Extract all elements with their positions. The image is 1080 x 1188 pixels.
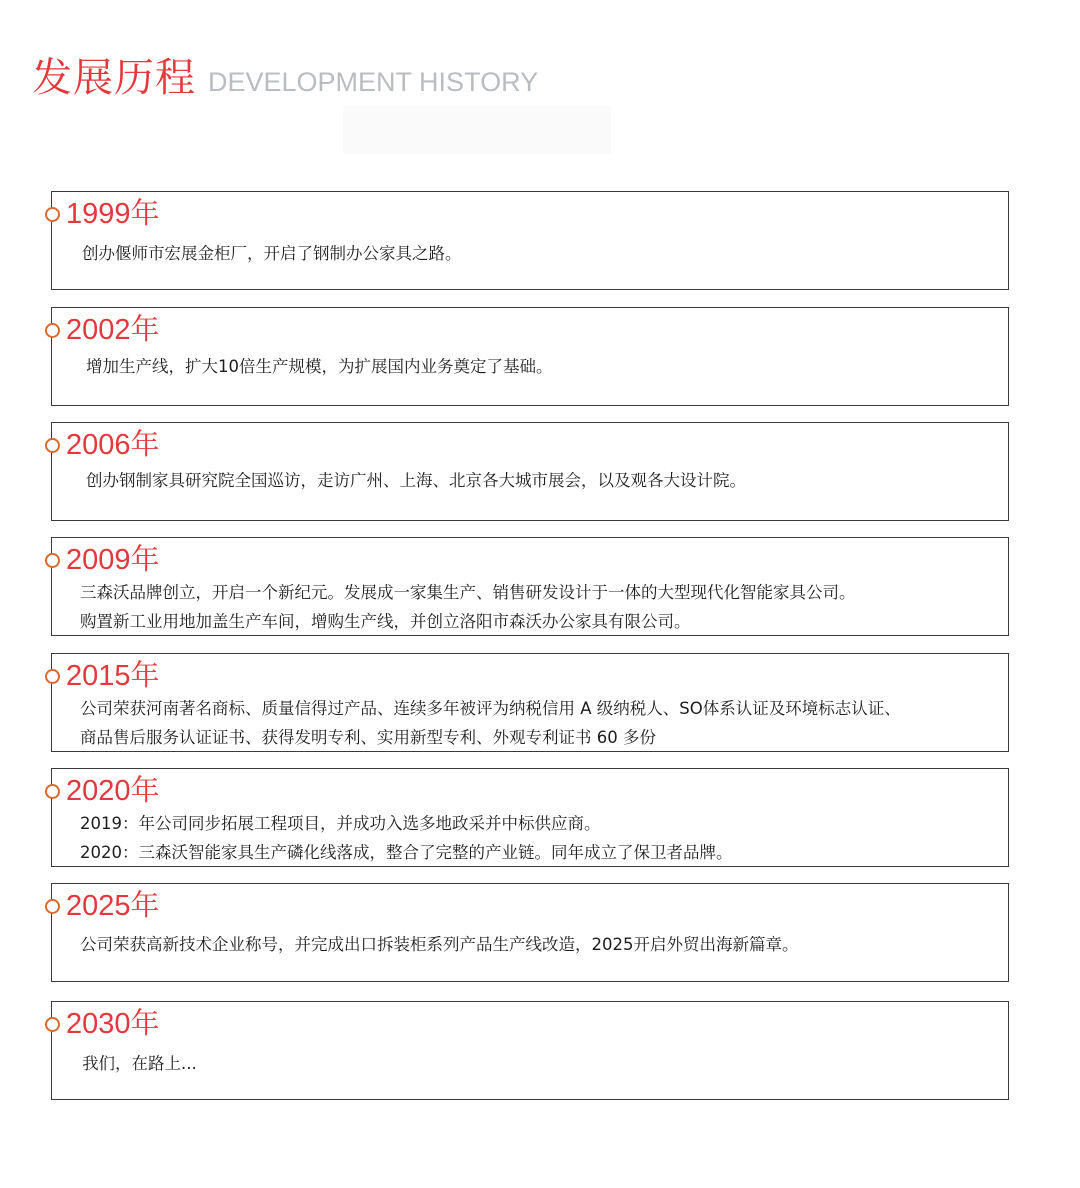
- timeline-line: 增加生产线，扩大10倍生产规模，为扩展国内业务奠定了基础。: [86, 352, 553, 381]
- timeline-year: 2002年: [66, 313, 160, 347]
- timeline-entry-2015: 2015年 公司荣获河南著名商标、质量信得过产品、连续多年被评为纳税信用 A 级…: [51, 653, 1009, 752]
- timeline-line: 创办钢制家具研究院全国巡访，走访广州、上海、北京各大城市展会，以及观各大设计院。: [86, 466, 746, 495]
- timeline-line: 创办偃师市宏展金柜厂，开启了钢制办公家具之路。: [82, 239, 462, 268]
- timeline-line: 购置新工业用地加盖生产车间，增购生产线，并创立洛阳市森沃办公家具有限公司。: [80, 607, 856, 636]
- timeline-year: 2006年: [66, 428, 160, 462]
- timeline-circle-icon: [45, 438, 60, 453]
- timeline-line: 2020：三森沃智能家具生产磷化线落成，整合了完整的产业链。同年成立了保卫者品牌…: [80, 838, 733, 867]
- timeline-year: 2030年: [66, 1007, 160, 1041]
- timeline-year: 2015年: [66, 659, 160, 693]
- timeline-entry-2009: 2009年 三森沃品牌创立，开启一个新纪元。发展成一家集生产、销售研发设计于一体…: [51, 537, 1009, 636]
- timeline-circle-icon: [45, 553, 60, 568]
- timeline-entry-2025: 2025年 公司荣获高新技术企业称号，并完成出口拆装柜系列产品生产线改造，202…: [51, 883, 1009, 982]
- timeline-line: 三森沃品牌创立，开启一个新纪元。发展成一家集生产、销售研发设计于一体的大型现代化…: [80, 578, 856, 607]
- timeline-circle-icon: [45, 899, 60, 914]
- timeline-description: 公司荣获河南著名商标、质量信得过产品、连续多年被评为纳税信用 A 级纳税人、SO…: [80, 694, 901, 752]
- timeline-description: 2019：年公司同步拓展工程项目，并成功入选多地政采并中标供应商。 2020：三…: [80, 809, 733, 867]
- timeline-year: 1999年: [66, 197, 160, 231]
- timeline-description: 创办钢制家具研究院全国巡访，走访广州、上海、北京各大城市展会，以及观各大设计院。: [86, 466, 746, 495]
- timeline-line: 2019：年公司同步拓展工程项目，并成功入选多地政采并中标供应商。: [80, 809, 733, 838]
- timeline-line: 商品售后服务认证证书、获得发明专利、实用新型专利、外观专利证书 60 多份: [80, 723, 901, 752]
- timeline-circle-icon: [45, 323, 60, 338]
- history-timeline: 1999年 创办偃师市宏展金柜厂，开启了钢制办公家具之路。 2002年 增加生产…: [0, 0, 1080, 1188]
- timeline-line: 公司荣获高新技术企业称号，并完成出口拆装柜系列产品生产线改造，2025开启外贸出…: [80, 930, 799, 959]
- timeline-entry-2006: 2006年 创办钢制家具研究院全国巡访，走访广州、上海、北京各大城市展会，以及观…: [51, 422, 1009, 521]
- timeline-description: 增加生产线，扩大10倍生产规模，为扩展国内业务奠定了基础。: [86, 352, 553, 381]
- timeline-year: 2025年: [66, 889, 160, 923]
- timeline-line: 公司荣获河南著名商标、质量信得过产品、连续多年被评为纳税信用 A 级纳税人、SO…: [80, 694, 901, 723]
- timeline-entry-2030: 2030年 我们，在路上...: [51, 1001, 1009, 1100]
- timeline-entry-2002: 2002年 增加生产线，扩大10倍生产规模，为扩展国内业务奠定了基础。: [51, 307, 1009, 406]
- timeline-year: 2020年: [66, 774, 160, 808]
- timeline-description: 公司荣获高新技术企业称号，并完成出口拆装柜系列产品生产线改造，2025开启外贸出…: [80, 930, 799, 959]
- timeline-circle-icon: [45, 669, 60, 684]
- timeline-description: 三森沃品牌创立，开启一个新纪元。发展成一家集生产、销售研发设计于一体的大型现代化…: [80, 578, 856, 636]
- timeline-circle-icon: [45, 207, 60, 222]
- timeline-entry-2020: 2020年 2019：年公司同步拓展工程项目，并成功入选多地政采并中标供应商。 …: [51, 768, 1009, 867]
- timeline-circle-icon: [45, 784, 60, 799]
- timeline-year: 2009年: [66, 543, 160, 577]
- timeline-circle-icon: [45, 1017, 60, 1032]
- timeline-description: 我们，在路上...: [82, 1049, 197, 1078]
- timeline-entry-1999: 1999年 创办偃师市宏展金柜厂，开启了钢制办公家具之路。: [51, 191, 1009, 290]
- timeline-description: 创办偃师市宏展金柜厂，开启了钢制办公家具之路。: [82, 239, 462, 268]
- timeline-line: 我们，在路上...: [82, 1049, 197, 1078]
